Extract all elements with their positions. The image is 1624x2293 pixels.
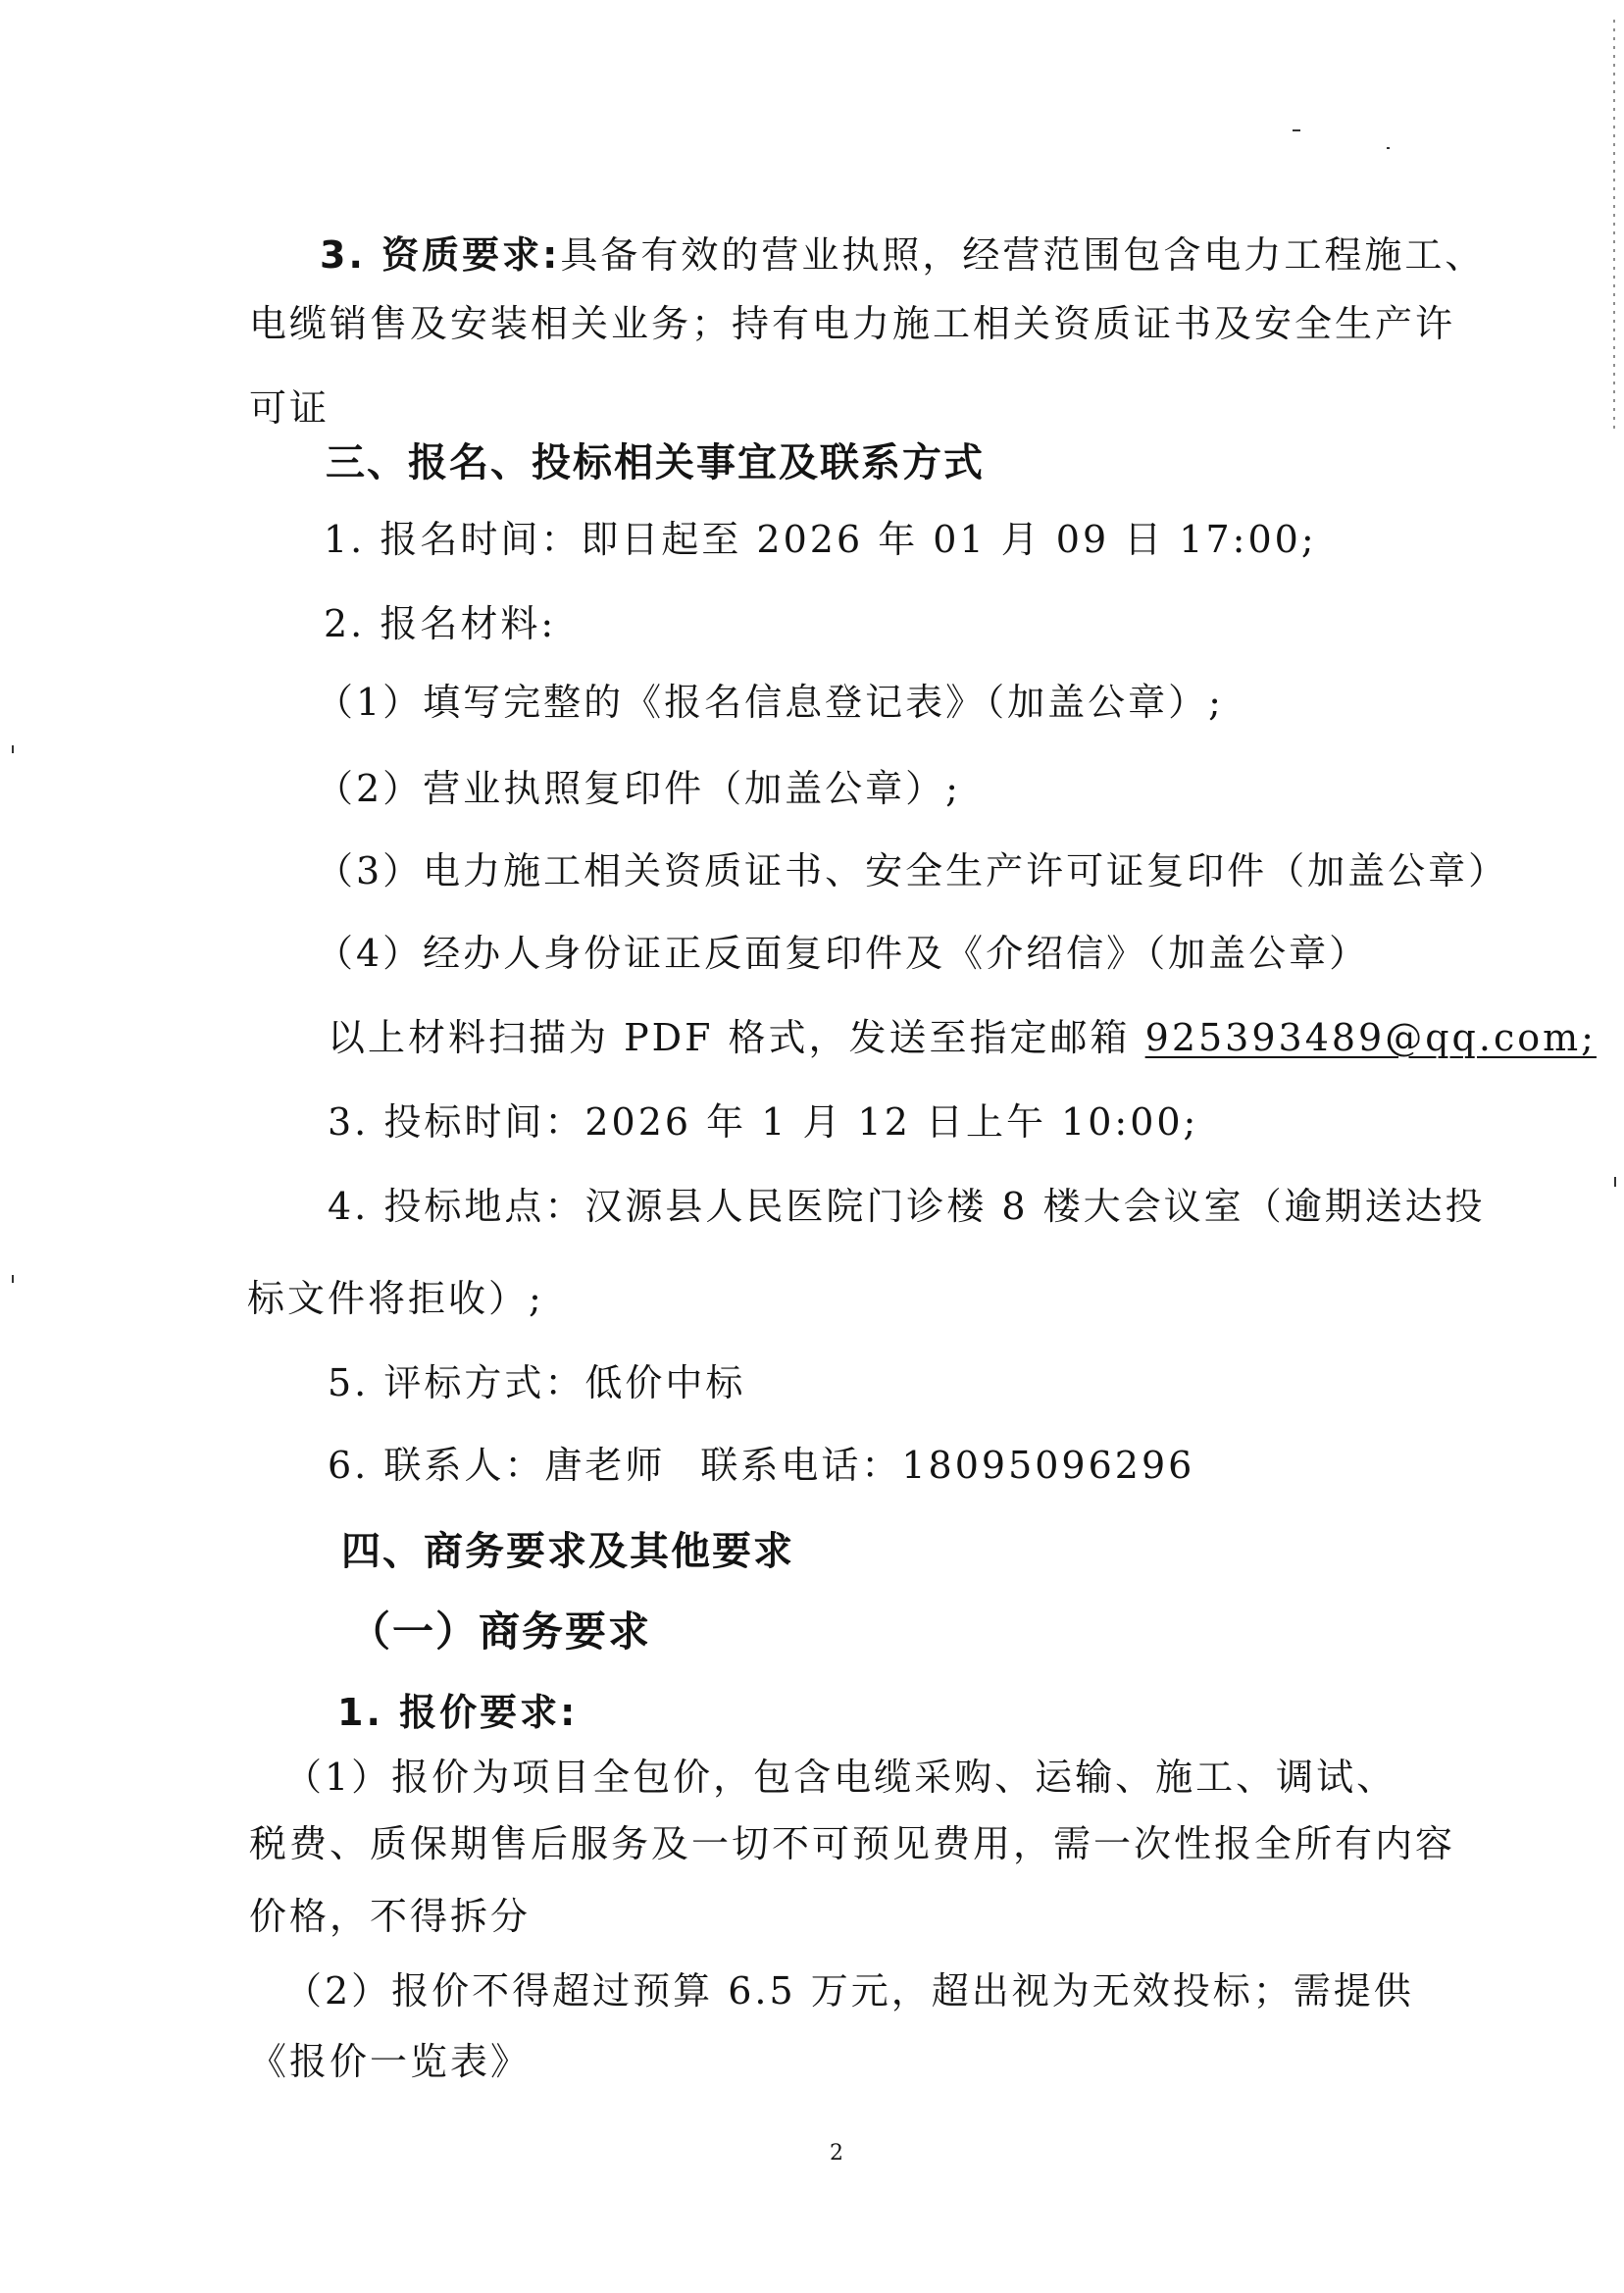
- contact-phone: 18095096296: [901, 1444, 1194, 1487]
- email-instruction-text: 以上材料扫描为 PDF 格式，发送至指定邮箱: [328, 1016, 1145, 1059]
- quote-clause-2-line-2: 《报价一览表》: [249, 2038, 531, 2085]
- scan-speck: [1387, 147, 1390, 149]
- qualification-label: 3. 资质要求:: [320, 233, 560, 277]
- section-4-heading: 四、商务要求及其他要求: [341, 1528, 794, 1575]
- qualification-text: 具备有效的营业执照，经营范围包含电力工程施工、: [560, 233, 1485, 277]
- qualification-paragraph-line-1: 3. 资质要求:具备有效的营业执照，经营范围包含电力工程施工、: [320, 231, 1485, 279]
- quote-clause-1-line-1: （1）报价为项目全包价，包含电缆采购、运输、施工、调试、: [284, 1754, 1396, 1801]
- material-item-4: （4）经办人身份证正反面复印件及《介绍信》（加盖公章）: [316, 930, 1369, 977]
- contact-line: 6. 联系人：唐老师联系电话：18095096296: [328, 1442, 1194, 1489]
- scan-speck: [1293, 129, 1300, 131]
- contact-phone-label: 联系电话：: [700, 1444, 901, 1487]
- evaluation-method: 5. 评标方式：低价中标: [328, 1359, 745, 1406]
- document-page: 3. 资质要求:具备有效的营业执照，经营范围包含电力工程施工、 电缆销售及安装相…: [0, 0, 1624, 2293]
- contact-person: 6. 联系人：唐老师: [328, 1444, 665, 1487]
- bid-time: 3. 投标时间：2026 年 1 月 12 日上午 10:00;: [328, 1098, 1198, 1146]
- email-instruction: 以上材料扫描为 PDF 格式，发送至指定邮箱 925393489@qq.com;: [328, 1014, 1597, 1061]
- bid-location-line-1: 4. 投标地点：汉源县人民医院门诊楼 8 楼大会议室（逾期送达投: [328, 1183, 1486, 1230]
- material-item-2: （2）营业执照复印件（加盖公章）;: [316, 765, 961, 812]
- scan-speck: [12, 1275, 14, 1283]
- quote-clause-1-line-3: 价格，不得拆分: [249, 1893, 531, 1940]
- registration-time: 1. 报名时间：即日起至 2026 年 01 月 09 日 17:00;: [324, 516, 1317, 563]
- bid-location-line-2: 标文件将拒收）;: [247, 1275, 544, 1322]
- submission-email-link[interactable]: 925393489@qq.com;: [1145, 1016, 1597, 1059]
- page-number: 2: [830, 2140, 843, 2167]
- material-item-1: （1）填写完整的《报名信息登记表》（加盖公章）;: [316, 679, 1224, 726]
- material-item-3: （3）电力施工相关资质证书、安全生产许可证复印件（加盖公章）: [316, 847, 1508, 894]
- scan-edge-artifact: [1613, 20, 1615, 432]
- quote-clause-1-line-2: 税费、质保期售后服务及一切不可预见费用，需一次性报全所有内容: [249, 1820, 1455, 1867]
- business-requirements-subheading: （一）商务要求: [349, 1608, 651, 1656]
- section-3-heading: 三、报名、投标相关事宜及联系方式: [326, 439, 985, 486]
- quote-clause-2-line-1: （2）报价不得超过预算 6.5 万元，超出视为无效投标；需提供: [284, 1967, 1414, 2014]
- quote-requirements-label: 1. 报价要求:: [337, 1689, 578, 1736]
- scan-speck: [1614, 1177, 1616, 1187]
- qualification-paragraph-line-3: 可证: [249, 384, 330, 432]
- scan-speck: [12, 745, 14, 753]
- registration-materials-label: 2. 报名材料:: [324, 600, 556, 647]
- qualification-paragraph-line-2: 电缆销售及安装相关业务；持有电力施工相关资质证书及安全生产许: [249, 300, 1455, 347]
